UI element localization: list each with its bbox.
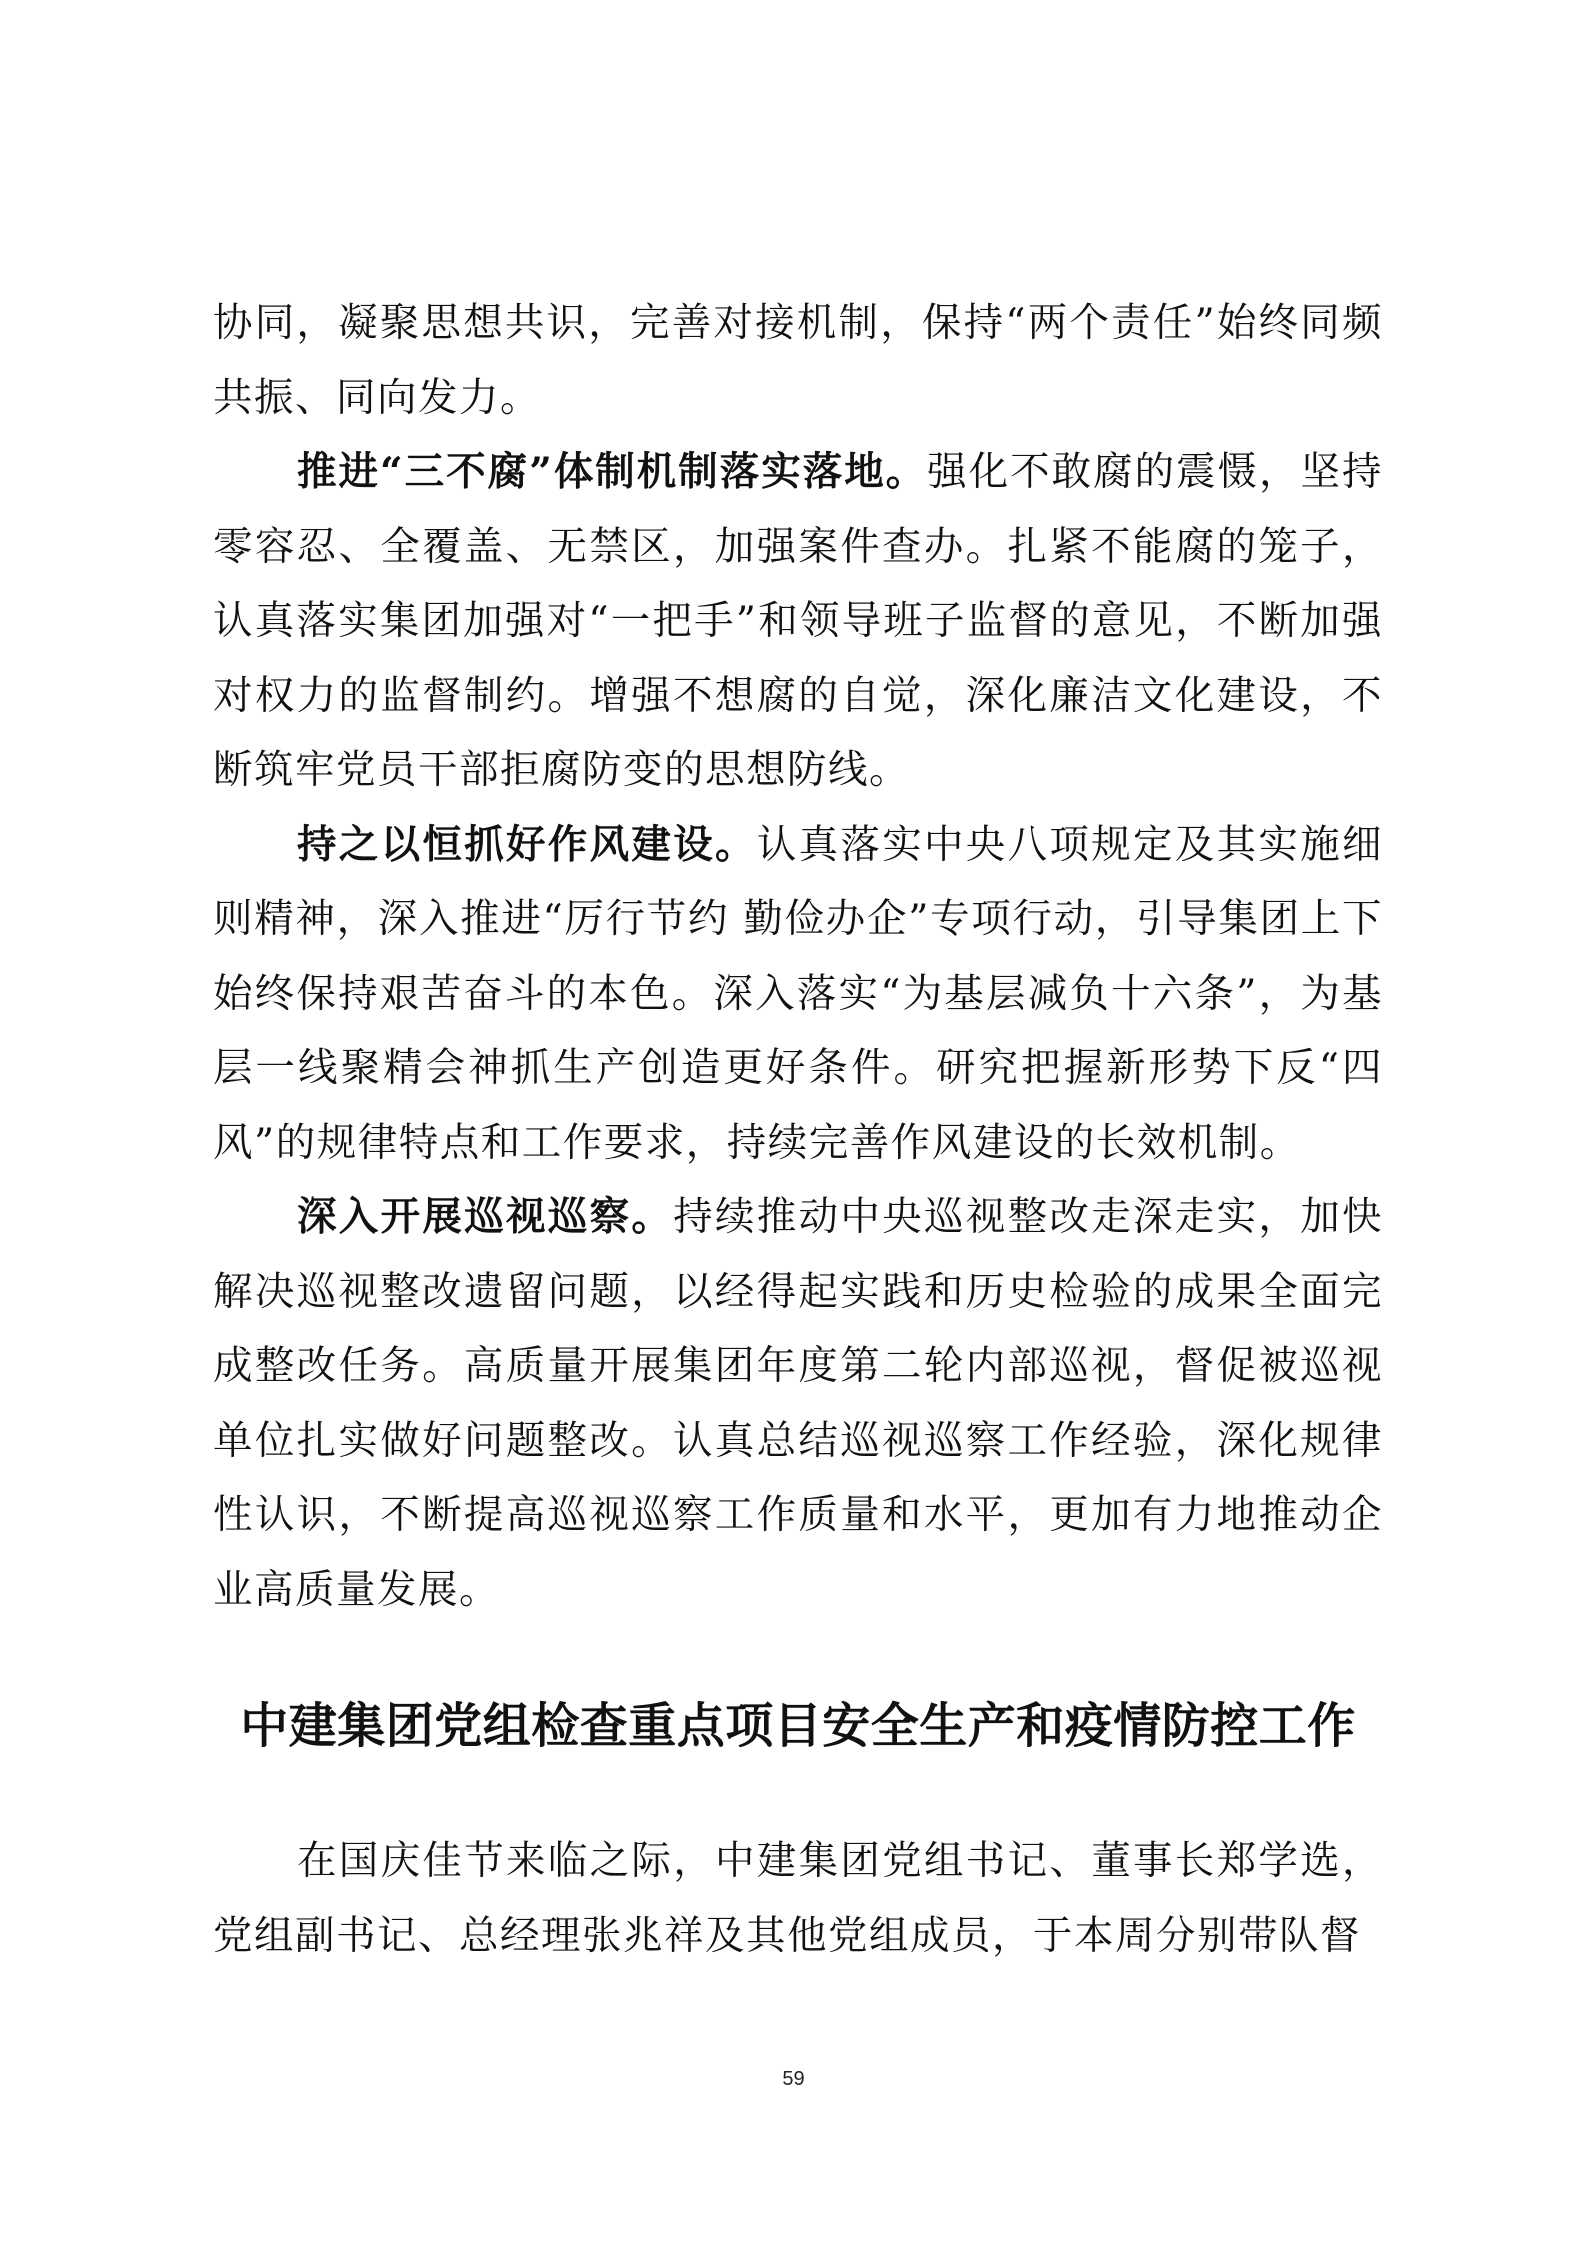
article-first-paragraph: 在国庆佳节来临之际，中建集团党组书记、董事长郑学选，党组副书记、总经理张兆祥及其… (213, 1824, 1383, 1973)
section-paragraph-three-no-corruption: 推进“三不腐”体制机制落实落地。强化不敢腐的震慑，坚持零容忍、全覆盖、无禁区，加… (213, 435, 1383, 808)
page-number: 59 (0, 2068, 1587, 2091)
section-lead-heading: 持之以恒抓好作风建设。 (297, 822, 757, 868)
section-lead-heading: 推进“三不腐”体制机制落实落地。 (297, 449, 927, 495)
section-lead-heading: 深入开展巡视巡察。 (297, 1194, 673, 1240)
section-body-text: 强化不敢腐的震慑，坚持零容忍、全覆盖、无禁区，加强案件查办。扎紧不能腐的笼子，认… (213, 449, 1383, 793)
section-body-text: 持续推动中央巡视整改走深走实，加快解决巡视整改遗留问题，以经得起实践和历史检验的… (213, 1194, 1383, 1613)
section-paragraph-work-style: 持之以恒抓好作风建设。认真落实中央八项规定及其实施细则精神，深入推进“厉行节约 … (213, 808, 1383, 1181)
article-title: 中建集团党组检查重点项目安全生产和疫情防控工作 (213, 1690, 1383, 1762)
section-paragraph-inspection: 深入开展巡视巡察。持续推动中央巡视整改走深走实，加快解决巡视整改遗留问题，以经得… (213, 1180, 1383, 1627)
article-body: 在国庆佳节来临之际，中建集团党组书记、董事长郑学选，党组副书记、总经理张兆祥及其… (213, 1824, 1383, 1973)
section-body-text: 认真落实中央八项规定及其实施细则精神，深入推进“厉行节约 勤俭办企”专项行动，引… (213, 822, 1383, 1166)
document-page: 协同，凝聚思想共识，完善对接机制，保持“两个责任”始终同频共振、同向发力。 推进… (0, 0, 1587, 2245)
continuation-paragraph: 协同，凝聚思想共识，完善对接机制，保持“两个责任”始终同频共振、同向发力。 (213, 286, 1383, 435)
body-text-block: 协同，凝聚思想共识，完善对接机制，保持“两个责任”始终同频共振、同向发力。 推进… (213, 286, 1383, 1627)
